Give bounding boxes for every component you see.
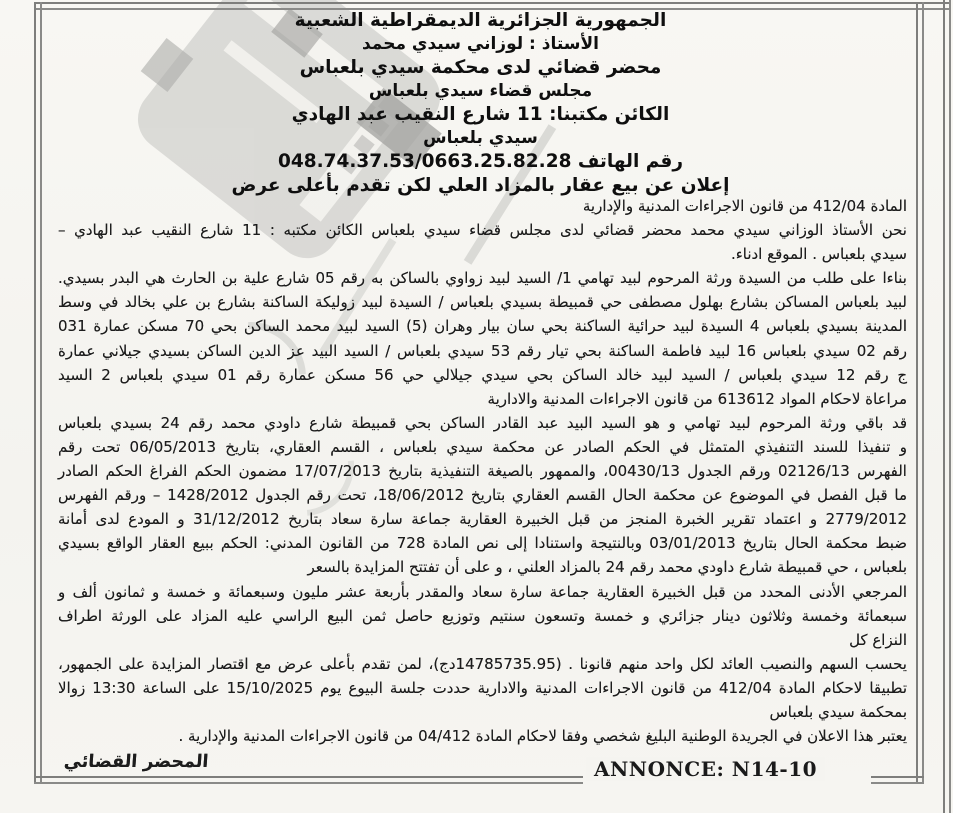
body-line: لبيد بلعباس المساكن بشارع بهلول مصطفى حي… xyxy=(58,290,907,314)
body-line: ج رقم 12 سيدي بلعباس / السيد لبيد خالد ا… xyxy=(58,363,907,387)
notice-body: المادة 412/04 من قانون الاجراءات المدنية… xyxy=(58,194,907,774)
body-line: المدينة بسيدي بلعباس 4 السيدة لبيد حرائي… xyxy=(58,314,907,338)
frame-right-border xyxy=(916,2,924,784)
body-line: بناءا على طلب من السيدة ورثة المرحوم لبي… xyxy=(58,266,907,290)
body-line: سيدي بلعباس . الموقع ادناء. xyxy=(58,242,907,266)
body-line: النزاع كل xyxy=(58,628,907,652)
body-line: يعتبر هذا الاعلان في الجريدة الوطنية الب… xyxy=(58,724,907,748)
body-line: بمحكمة سيدي بلعباس xyxy=(58,700,907,724)
body-line: المرجعي الأدنى المحدد من قبل الخبيرة الع… xyxy=(58,580,907,604)
body-line: تطبيقا لاحكام المادة 412/04 من قانون الا… xyxy=(58,676,907,700)
officer-role-line: محضر قضائي لدى محكمة سيدي بلعباس xyxy=(48,56,913,80)
body-line: و تنفيذا للسند التنفيذي المتمثل في الحكم… xyxy=(58,435,907,459)
body-line: المادة 412/04 من قانون الاجراءات المدنية… xyxy=(58,194,907,218)
frame-left-border xyxy=(34,2,42,784)
body-line: 2779/2012 و اعتماد تقرير الخبرة المنجز م… xyxy=(58,507,907,531)
body-line: نحن الأستاذ الوزاني سيدي محمد محضر قضائي… xyxy=(58,218,907,242)
annonce-reference: ANNONCE: N14-10 xyxy=(586,757,825,781)
frame-bottom-border-left xyxy=(34,776,583,784)
office-address-line: الكائن مكتبنا: 11 شارع النقيب عبد الهادي xyxy=(48,103,913,127)
body-line: مراعاة لاحكام المواد 613612 من قانون الا… xyxy=(58,387,907,411)
republic-line: الجمهورية الجزائرية الديمقراطية الشعبية xyxy=(48,9,913,33)
officer-name-line: الأستاذ : لوزاني سيدي محمد xyxy=(48,33,913,57)
body-line: يحسب السهم والنصيب العائد لكل واحد منهم … xyxy=(58,652,907,676)
frame-bottom-border-right xyxy=(871,776,924,784)
council-line: مجلس قضاء سيدي بلعباس xyxy=(48,80,913,104)
phone-line: رقم الهاتف 048.74.37.53/0663.25.82.28 xyxy=(48,150,913,174)
body-line: بلعباس ، حي قمبيطة شارع داودي محمد رقم 2… xyxy=(58,555,907,579)
city-line: سيدي بلعباس xyxy=(48,127,913,151)
body-line: الفهرس 02126/13 ورقم الجدول 00430/13، وا… xyxy=(58,459,907,483)
body-line: رقم 02 سيدي بلعباس 16 لبيد فاطمة الساكنة… xyxy=(58,339,907,363)
body-line: سبعمائة وخمسة وثلاثون دينار جزائري و خمس… xyxy=(58,604,907,628)
body-line: قد باقي ورثة المرحوم لبيد تهامي و هو الس… xyxy=(58,411,907,435)
column-rule-right xyxy=(943,0,951,813)
body-line: ما قبل الفصل في الموضوع عن محكمة الحال ا… xyxy=(58,483,907,507)
notice-letterhead: الجمهورية الجزائرية الديمقراطية الشعبية … xyxy=(48,9,913,197)
body-line: ضبط محكمة الحال بتاريخ 03/01/2013 وبالنت… xyxy=(58,531,907,555)
